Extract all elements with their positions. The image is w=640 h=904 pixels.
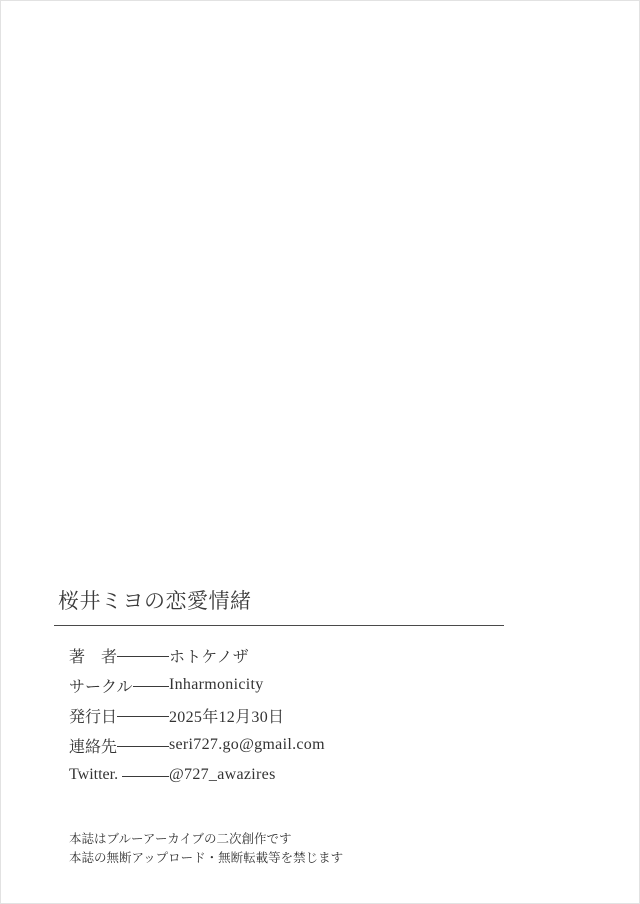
twitter-handle-value: @727_awazires bbox=[169, 766, 276, 784]
leader-dash bbox=[117, 746, 169, 747]
contact-email-value: seri727.go@gmail.com bbox=[169, 736, 325, 754]
twitter-label: Twitter. bbox=[69, 766, 122, 784]
publish-date-value: 2025年12月30日 bbox=[169, 704, 284, 727]
disclaimer-line-no-repost: 本誌の無断アップロード・無断転載等を禁じます bbox=[69, 849, 343, 868]
leader-dash bbox=[117, 716, 169, 717]
circle-value: Inharmonicity bbox=[169, 676, 264, 694]
credit-row-publish-date: 発行日 2025年12月30日 bbox=[69, 700, 509, 730]
publish-date-label: 発行日 bbox=[69, 704, 117, 727]
book-title: 桜井ミヨの恋愛情緒 bbox=[58, 590, 252, 614]
credit-lead: 連絡先 bbox=[69, 734, 169, 757]
credit-row-author: 著 者 ホトケノザ bbox=[69, 640, 509, 670]
credit-lead: サークル bbox=[69, 674, 169, 697]
leader-dash bbox=[117, 656, 169, 657]
credit-row-circle: サークル Inharmonicity bbox=[69, 670, 509, 700]
credit-lead: Twitter. bbox=[69, 766, 169, 784]
circle-label: サークル bbox=[69, 674, 133, 697]
author-label: 著 者 bbox=[69, 644, 117, 667]
credit-lead: 著 者 bbox=[69, 644, 169, 667]
colophon-page: 桜井ミヨの恋愛情緒 著 者 ホトケノザ サークル Inharmonicity 発… bbox=[0, 0, 640, 904]
credits-list: 著 者 ホトケノザ サークル Inharmonicity 発行日 2025年12… bbox=[69, 640, 509, 790]
disclaimer: 本誌はブルーアーカイブの二次創作です 本誌の無断アップロード・無断転載等を禁じま… bbox=[69, 830, 343, 868]
leader-dash bbox=[133, 686, 169, 687]
leader-dash bbox=[122, 776, 169, 777]
disclaimer-line-derivative: 本誌はブルーアーカイブの二次創作です bbox=[69, 830, 343, 849]
author-value: ホトケノザ bbox=[169, 644, 249, 667]
credit-row-twitter: Twitter. @727_awazires bbox=[69, 760, 509, 790]
contact-label: 連絡先 bbox=[69, 734, 117, 757]
title-underline-rule bbox=[54, 625, 504, 626]
credit-row-contact: 連絡先 seri727.go@gmail.com bbox=[69, 730, 509, 760]
credit-lead: 発行日 bbox=[69, 704, 169, 727]
